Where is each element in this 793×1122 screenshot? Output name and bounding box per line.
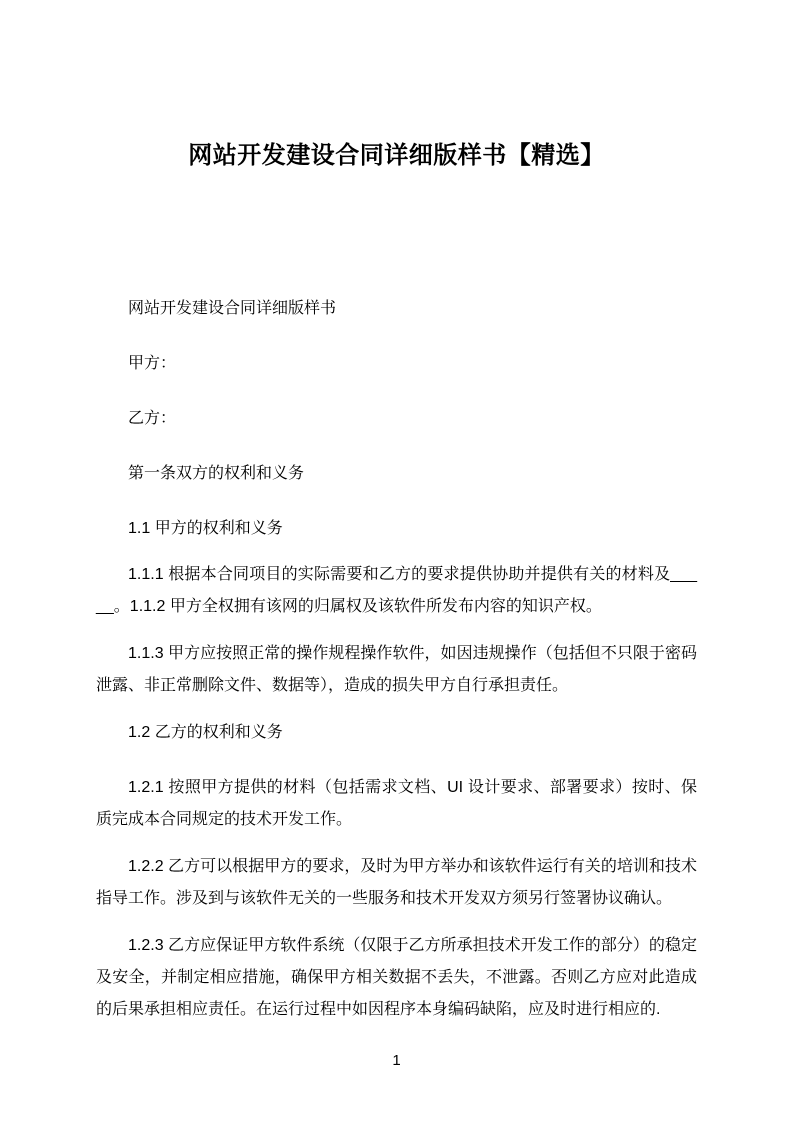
party-a-line: 甲方： bbox=[96, 348, 697, 380]
party-b-line: 乙方： bbox=[96, 403, 697, 435]
section-1-heading: 第一条双方的权利和义务 bbox=[96, 458, 697, 490]
clause-1-2-2-text: 1.2.2 乙方可以根据甲方的要求，及时为甲方举办和该软件运行有关的培训和技术指… bbox=[96, 851, 697, 915]
clause-1-2-3-text: 1.2.3 乙方应保证甲方软件系统（仅限于乙方所承担技术开发工作的部分）的稳定及… bbox=[96, 930, 697, 1026]
document-subtitle: 网站开发建设合同详细版样书 bbox=[96, 293, 697, 325]
document-body: 网站开发建设合同详细版样书 甲方： 乙方： 第一条双方的权利和义务 1.1 甲方… bbox=[96, 293, 697, 1026]
document-title: 网站开发建设合同详细版样书【精选】 bbox=[0, 0, 793, 169]
clause-1-2-heading: 1.2 乙方的权利和义务 bbox=[96, 717, 697, 749]
clause-1-1-3-text: 1.1.3 甲方应按照正常的操作规程操作软件，如因违规操作（包括但不只限于密码泄… bbox=[96, 638, 697, 702]
document-page: 网站开发建设合同详细版样书【精选】 网站开发建设合同详细版样书 甲方： 乙方： … bbox=[0, 0, 793, 1122]
clause-1-1-1-text: 1.1.1 根据本合同项目的实际需要和乙方的要求提供协助并提供有关的材料及___… bbox=[96, 559, 697, 623]
clause-1-1-heading: 1.1 甲方的权利和义务 bbox=[96, 513, 697, 545]
page-number: 1 bbox=[0, 1052, 793, 1070]
clause-1-2-1-text: 1.2.1 按照甲方提供的材料（包括需求文档、UI 设计要求、部署要求）按时、保… bbox=[96, 772, 697, 836]
